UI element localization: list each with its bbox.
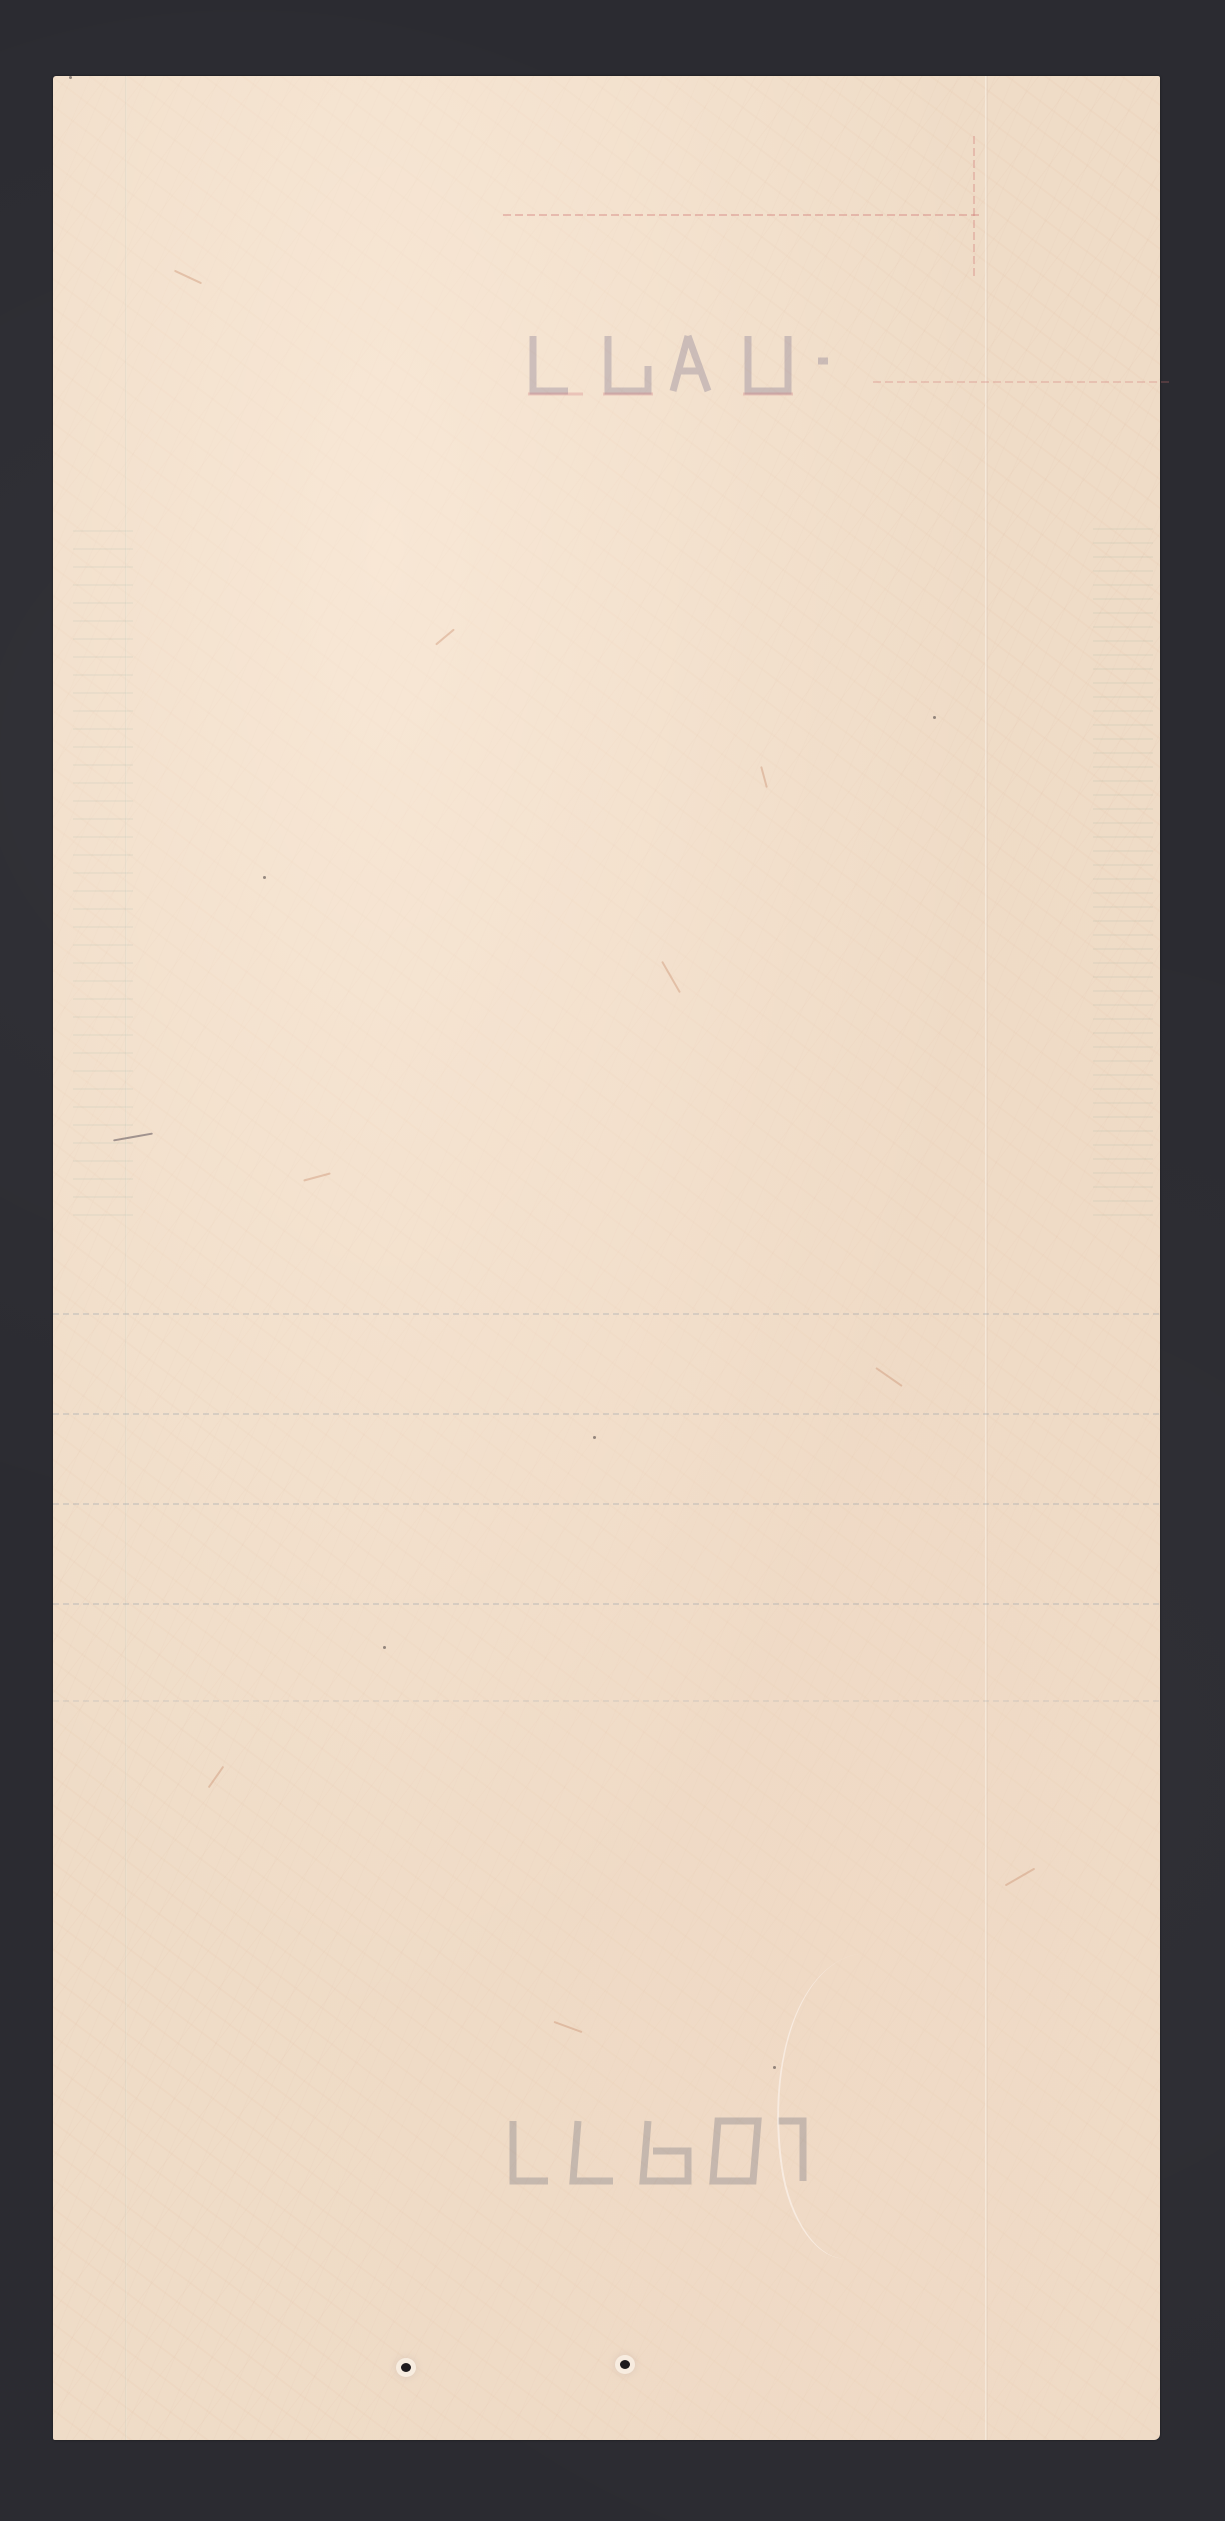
ruled-line-1 [53, 1313, 1160, 1315]
paper-fiber [303, 1172, 331, 1181]
mirrored-text-shape-top [523, 326, 843, 406]
document-back-page: Reverse side of a paper document with fa… [53, 76, 1160, 2440]
left-edge-show-through [73, 516, 133, 1216]
mirrored-text-shape-bottom [503, 2106, 823, 2196]
paper-fiber [1005, 1868, 1035, 1887]
paper-speck [773, 2066, 776, 2069]
paper-fiber [435, 629, 455, 646]
paper-fiber [208, 1766, 225, 1788]
paper-fiber [661, 961, 681, 993]
paper-speck [383, 1646, 386, 1649]
paper-speck [593, 1436, 596, 1439]
right-edge-show-through [1093, 516, 1153, 1216]
paper-fiber [554, 2021, 583, 2033]
red-ruled-line-short [873, 381, 1173, 383]
paper-speck [933, 716, 936, 719]
punch-hole-left [401, 2363, 411, 2372]
paper-speck [263, 876, 266, 879]
ruled-line-3 [53, 1503, 1160, 1505]
paper-fiber [174, 270, 202, 284]
paper-fiber [875, 1367, 902, 1387]
ruled-line-4 [53, 1603, 1160, 1605]
document-description: Reverse side of a paper document with fa… [53, 76, 54, 77]
ruled-line-5 [53, 1700, 1160, 1702]
red-ruled-line [503, 214, 983, 216]
punch-hole-right [620, 2360, 630, 2369]
paper-crease [753, 1946, 955, 2266]
left-margin-line [125, 76, 127, 2440]
paper-speck [69, 76, 72, 79]
right-margin-line [985, 76, 988, 2440]
paper-fiber [760, 766, 768, 788]
red-vertical-rule [973, 136, 975, 276]
ruled-line-2 [53, 1413, 1160, 1415]
